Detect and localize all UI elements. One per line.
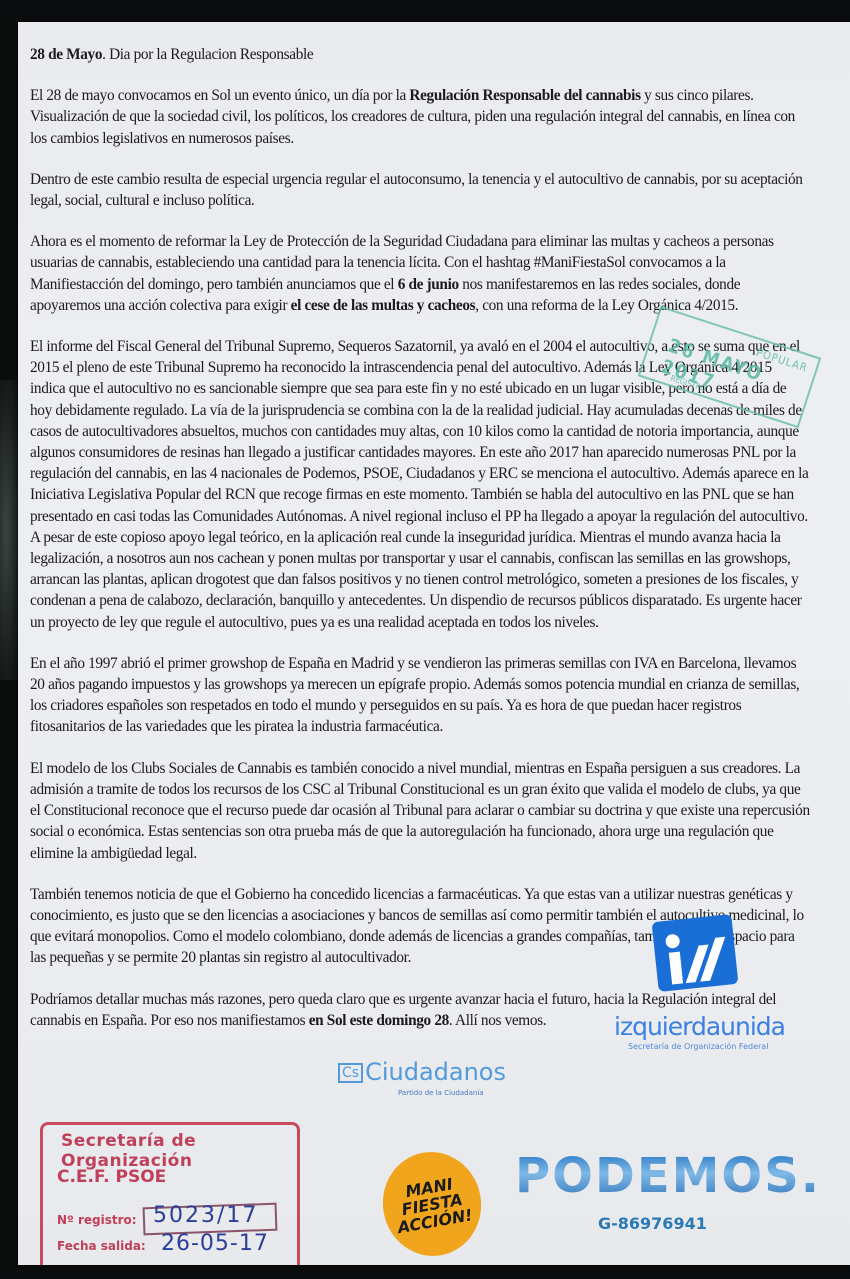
title-date: 28 de Mayo: [30, 46, 102, 63]
ciudadanos-logo-subtitle: Partido de la Ciudadanía: [398, 1089, 484, 1097]
letter-title: 28 de Mayo. Dia por la Regulacion Respon…: [30, 44, 810, 65]
iu-logo-icon: [652, 914, 739, 992]
psoe-registry-stamp: Secretaría de Organización C.E.F. PSOE N…: [40, 1122, 300, 1265]
exit-date-value: 26-05-17: [161, 1231, 269, 1256]
ciudadanos-logo-text: Ciudadanos: [365, 1058, 506, 1086]
iu-logo-stem: [669, 952, 683, 985]
p3-text-e: , con una reforma de la Ley Orgánica 4/2…: [475, 297, 738, 314]
paragraph-5: En el año 1997 abrió el primer growshop …: [30, 653, 810, 738]
iu-logo-text: izquierdaunida: [614, 1012, 785, 1041]
iu-logo-subtitle: Secretaría de Organización Federal: [628, 1042, 768, 1051]
p8-text-c: . Allí nos vemos.: [449, 1012, 546, 1029]
iu-logo-dot: [665, 934, 680, 949]
iu-logo-stroke-2: [700, 937, 725, 982]
exit-date-label: Fecha salida:: [57, 1239, 146, 1253]
paragraph-6: El modelo de los Clubs Sociales de Canna…: [30, 758, 810, 864]
p8-bold: en Sol este domingo 28: [309, 1012, 449, 1029]
paragraph-2: Dentro de este cambio resulta de especia…: [30, 169, 810, 211]
p3-bold-date: 6 de junio: [398, 276, 459, 293]
paragraph-3: Ahora es el momento de reformar la Ley d…: [30, 231, 810, 316]
ciudadanos-logo: CsCiudadanos: [338, 1058, 506, 1086]
podemos-logo: PODEMOS.: [515, 1148, 821, 1204]
podemos-cif: G-86976941: [598, 1214, 707, 1233]
p3-bold-demand: el cese de las multas y cacheos: [291, 297, 476, 314]
p1-text-a: El 28 de mayo convocamos en Sol un event…: [30, 87, 409, 104]
stamp-line-secretaria: Secretaría de Organización: [61, 1131, 297, 1171]
ciudadanos-logo-icon: Cs: [338, 1063, 363, 1083]
letter-body: 28 de Mayo. Dia por la Regulacion Respon…: [30, 44, 810, 1051]
background-surface: [0, 380, 20, 680]
p1-bold: Regulación Responsable del cannabis: [409, 87, 640, 104]
title-text: . Dia por la Regulacion Responsable: [102, 46, 313, 63]
registry-number-label: Nº registro:: [57, 1213, 137, 1227]
paragraph-1: El 28 de mayo convocamos en Sol un event…: [30, 85, 810, 149]
registry-number-value: 5023/17: [153, 1203, 258, 1228]
stamp-line-cef-psoe: C.E.F. PSOE: [57, 1167, 166, 1187]
